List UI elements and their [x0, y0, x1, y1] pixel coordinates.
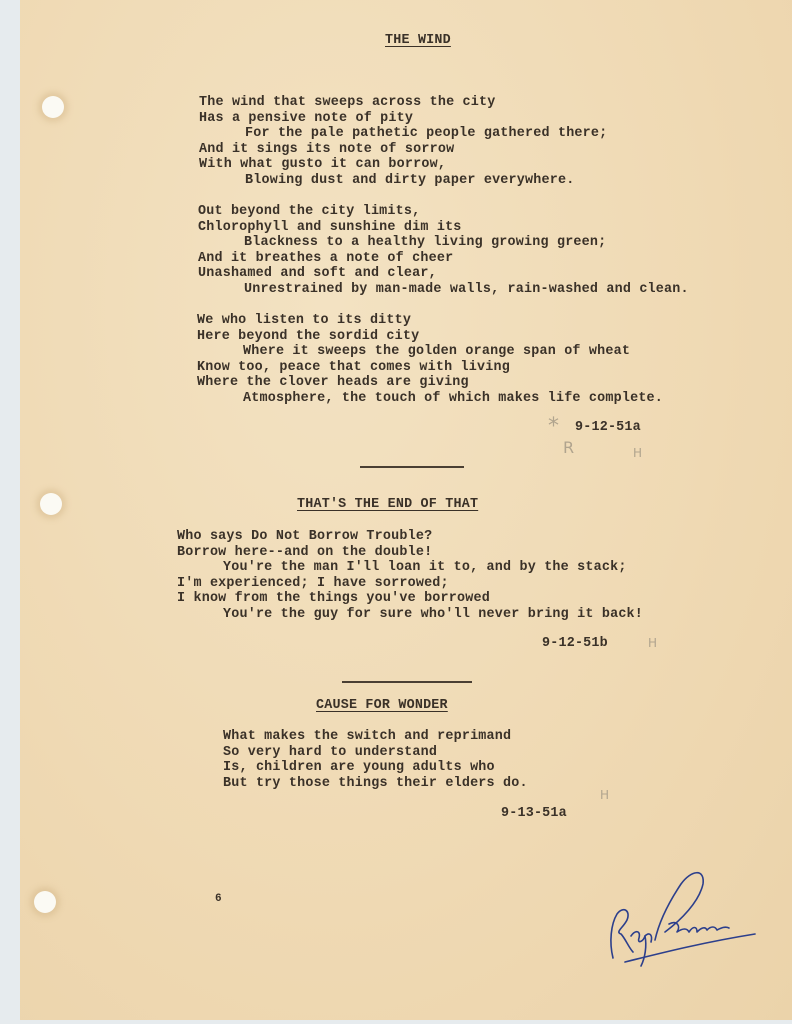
- poem-title-the-wind: THE WIND: [385, 33, 451, 49]
- pencil-initial-mark: H: [633, 446, 642, 460]
- poem-line: Where it sweeps the golden orange span o…: [197, 344, 663, 360]
- poem-line: Unrestrained by man-made walls, rain-was…: [198, 282, 689, 298]
- poem-line: Chlorophyll and sunshine dim its: [198, 220, 689, 236]
- punch-hole-top: [42, 96, 64, 118]
- poem-date: 9-12-51b: [542, 636, 608, 652]
- poem-line: Blowing dust and dirty paper everywhere.: [199, 173, 607, 189]
- section-divider: [342, 681, 472, 683]
- section-divider: [360, 466, 464, 468]
- poem-stanza: We who listen to its dittyHere beyond th…: [197, 313, 663, 407]
- page-number: 6: [215, 892, 222, 908]
- poem-line: What makes the switch and reprimand: [223, 729, 528, 745]
- poem-stanza: What makes the switch and reprimandSo ve…: [223, 729, 528, 791]
- poem-line: Know too, peace that comes with living: [197, 360, 663, 376]
- poem-line: For the pale pathetic people gathered th…: [199, 126, 607, 142]
- poem-line: And it sings its note of sorrow: [199, 142, 607, 158]
- signature: Roy Lomiie: [585, 862, 765, 972]
- poem-date: 9-13-51a: [501, 806, 567, 822]
- poem-line: Out beyond the city limits,: [198, 204, 689, 220]
- poem-title-thats-the-end-of-that: THAT'S THE END OF THAT: [297, 497, 478, 513]
- pencil-asterisk-mark: *: [548, 414, 559, 439]
- poem-line: You're the man I'll loan it to, and by t…: [177, 560, 643, 576]
- poem-line: With what gusto it can borrow,: [199, 157, 607, 173]
- poem-title-cause-for-wonder: CAUSE FOR WONDER: [316, 698, 448, 714]
- poem-line: I'm experienced; I have sorrowed;: [177, 576, 643, 592]
- poem-line: Blackness to a healthy living growing gr…: [198, 235, 689, 251]
- poem-line: We who listen to its ditty: [197, 313, 663, 329]
- poem-line: Has a pensive note of pity: [199, 111, 607, 127]
- poem-line: I know from the things you've borrowed: [177, 591, 643, 607]
- poem-line: The wind that sweeps across the city: [199, 95, 607, 111]
- poem-line: So very hard to understand: [223, 745, 528, 761]
- poem-stanza: Who says Do Not Borrow Trouble?Borrow he…: [177, 529, 643, 623]
- poem-line: And it breathes a note of cheer: [198, 251, 689, 267]
- poem-date: 9-12-51a: [575, 420, 641, 436]
- poem-line: Who says Do Not Borrow Trouble?: [177, 529, 643, 545]
- poem-line: Atmosphere, the touch of which makes lif…: [197, 391, 663, 407]
- poem-line: Where the clover heads are giving: [197, 375, 663, 391]
- poem-line: Borrow here--and on the double!: [177, 545, 643, 561]
- poem-line: Is, children are young adults who: [223, 760, 528, 776]
- poem-stanza: Out beyond the city limits,Chlorophyll a…: [198, 204, 689, 298]
- pencil-initial-mark: H: [600, 788, 609, 802]
- poem-line: But try those things their elders do.: [223, 776, 528, 792]
- poem-line: Here beyond the sordid city: [197, 329, 663, 345]
- poem-line: Unashamed and soft and clear,: [198, 266, 689, 282]
- typewritten-page: THE WIND The wind that sweeps across the…: [20, 0, 792, 1020]
- poem-line: You're the guy for sure who'll never bri…: [177, 607, 643, 623]
- punch-hole-middle: [40, 493, 62, 515]
- pencil-initial-mark: H: [648, 636, 657, 650]
- punch-hole-bottom: [34, 891, 56, 913]
- pencil-initial-mark: R: [563, 438, 574, 457]
- poem-stanza: The wind that sweeps across the cityHas …: [199, 95, 607, 189]
